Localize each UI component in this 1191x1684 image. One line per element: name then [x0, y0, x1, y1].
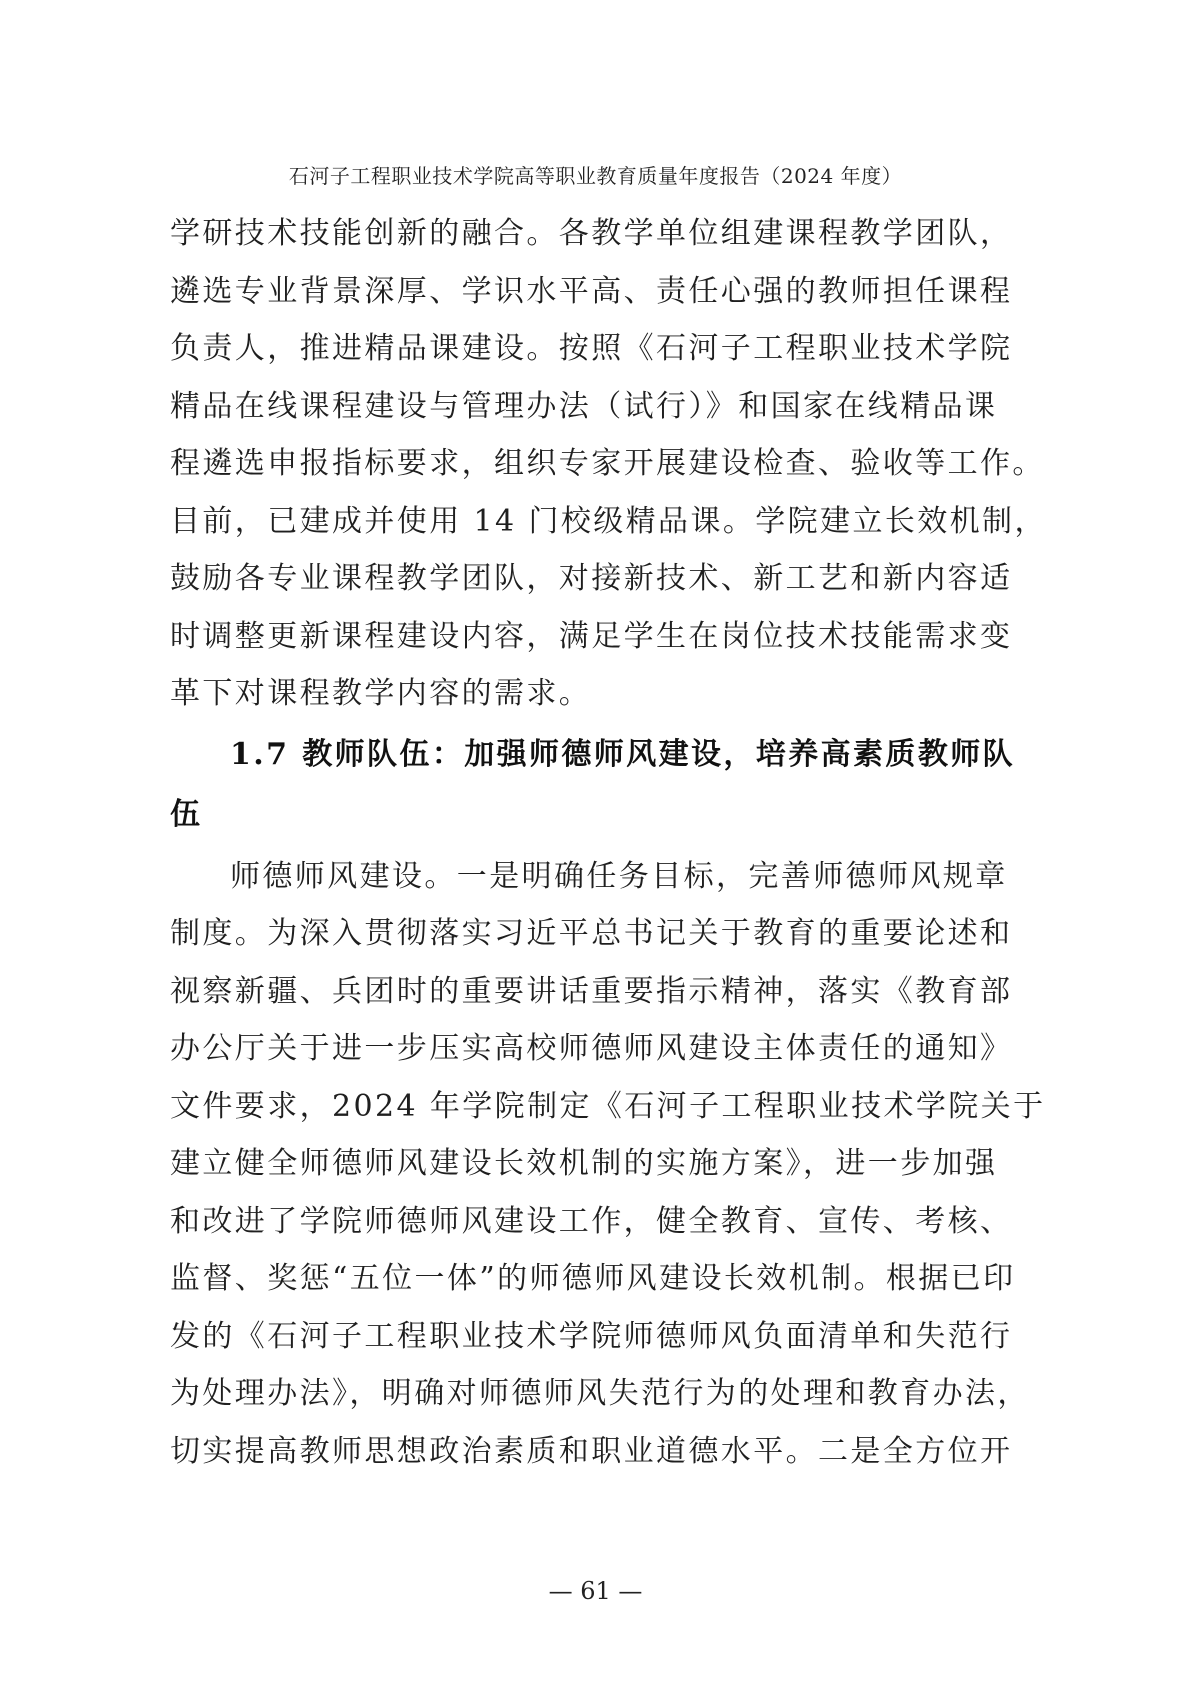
paragraph-course-construction: 学研技术技能创新的融合。各教学单位组建课程教学团队， 遴选专业背景深厚、学识水平…	[170, 205, 1020, 723]
text-line: 负责人，推进精品课建设。按照《石河子工程职业技术学院	[170, 320, 1020, 378]
text-line: 程遴选申报指标要求，组织专家开展建设检查、验收等工作。	[170, 435, 1020, 493]
page-number: — 61 —	[0, 1577, 1191, 1605]
text-line: 目前，已建成并使用 14 门校级精品课。学院建立长效机制，	[170, 493, 1020, 551]
text-line: 遴选专业背景深厚、学识水平高、责任心强的教师担任课程	[170, 263, 1020, 321]
text-line: 和改进了学院师德师风建设工作，健全教育、宣传、考核、	[170, 1193, 1020, 1251]
section-heading-line: 伍	[170, 785, 1020, 845]
running-header: 石河子工程职业技术学院高等职业教育质量年度报告（2024 年度）	[0, 160, 1191, 189]
text-line: 视察新疆、兵团时的重要讲话重要指示精神，落实《教育部	[170, 963, 1020, 1021]
text-line: 鼓励各专业课程教学团队，对接新技术、新工艺和新内容适	[170, 550, 1020, 608]
paragraph-teacher-ethics: 师德师风建设。一是明确任务目标，完善师德师风规章 制度。为深入贯彻落实习近平总书…	[170, 848, 1020, 1481]
document-body: 学研技术技能创新的融合。各教学单位组建课程教学团队， 遴选专业背景深厚、学识水平…	[170, 205, 1020, 1480]
text-line: 学研技术技能创新的融合。各教学单位组建课程教学团队，	[170, 205, 1020, 263]
section-heading: 1.7 教师队伍：加强师德师风建设，培养高素质教师队 伍	[170, 725, 1020, 845]
text-line: 精品在线课程建设与管理办法（试行）》和国家在线精品课	[170, 378, 1020, 436]
text-line: 发的《石河子工程职业技术学院师德师风负面清单和失范行	[170, 1308, 1020, 1366]
text-line: 办公厅关于进一步压实高校师德师风建设主体责任的通知》	[170, 1020, 1020, 1078]
text-line: 师德师风建设。一是明确任务目标，完善师德师风规章	[170, 848, 1020, 906]
text-line: 革下对课程教学内容的需求。	[170, 665, 1020, 723]
text-line: 时调整更新课程建设内容，满足学生在岗位技术技能需求变	[170, 608, 1020, 666]
text-line: 建立健全师德师风建设长效机制的实施方案》，进一步加强	[170, 1135, 1020, 1193]
text-line: 切实提高教师思想政治素质和职业道德水平。二是全方位开	[170, 1423, 1020, 1481]
text-line: 制度。为深入贯彻落实习近平总书记关于教育的重要论述和	[170, 905, 1020, 963]
section-heading-line: 1.7 教师队伍：加强师德师风建设，培养高素质教师队	[170, 725, 1020, 785]
text-line: 文件要求，2024 年学院制定《石河子工程职业技术学院关于	[170, 1078, 1020, 1136]
text-line: 监督、奖惩“五位一体”的师德师风建设长效机制。根据已印	[170, 1250, 1020, 1308]
text-line: 为处理办法》，明确对师德师风失范行为的处理和教育办法，	[170, 1365, 1020, 1423]
